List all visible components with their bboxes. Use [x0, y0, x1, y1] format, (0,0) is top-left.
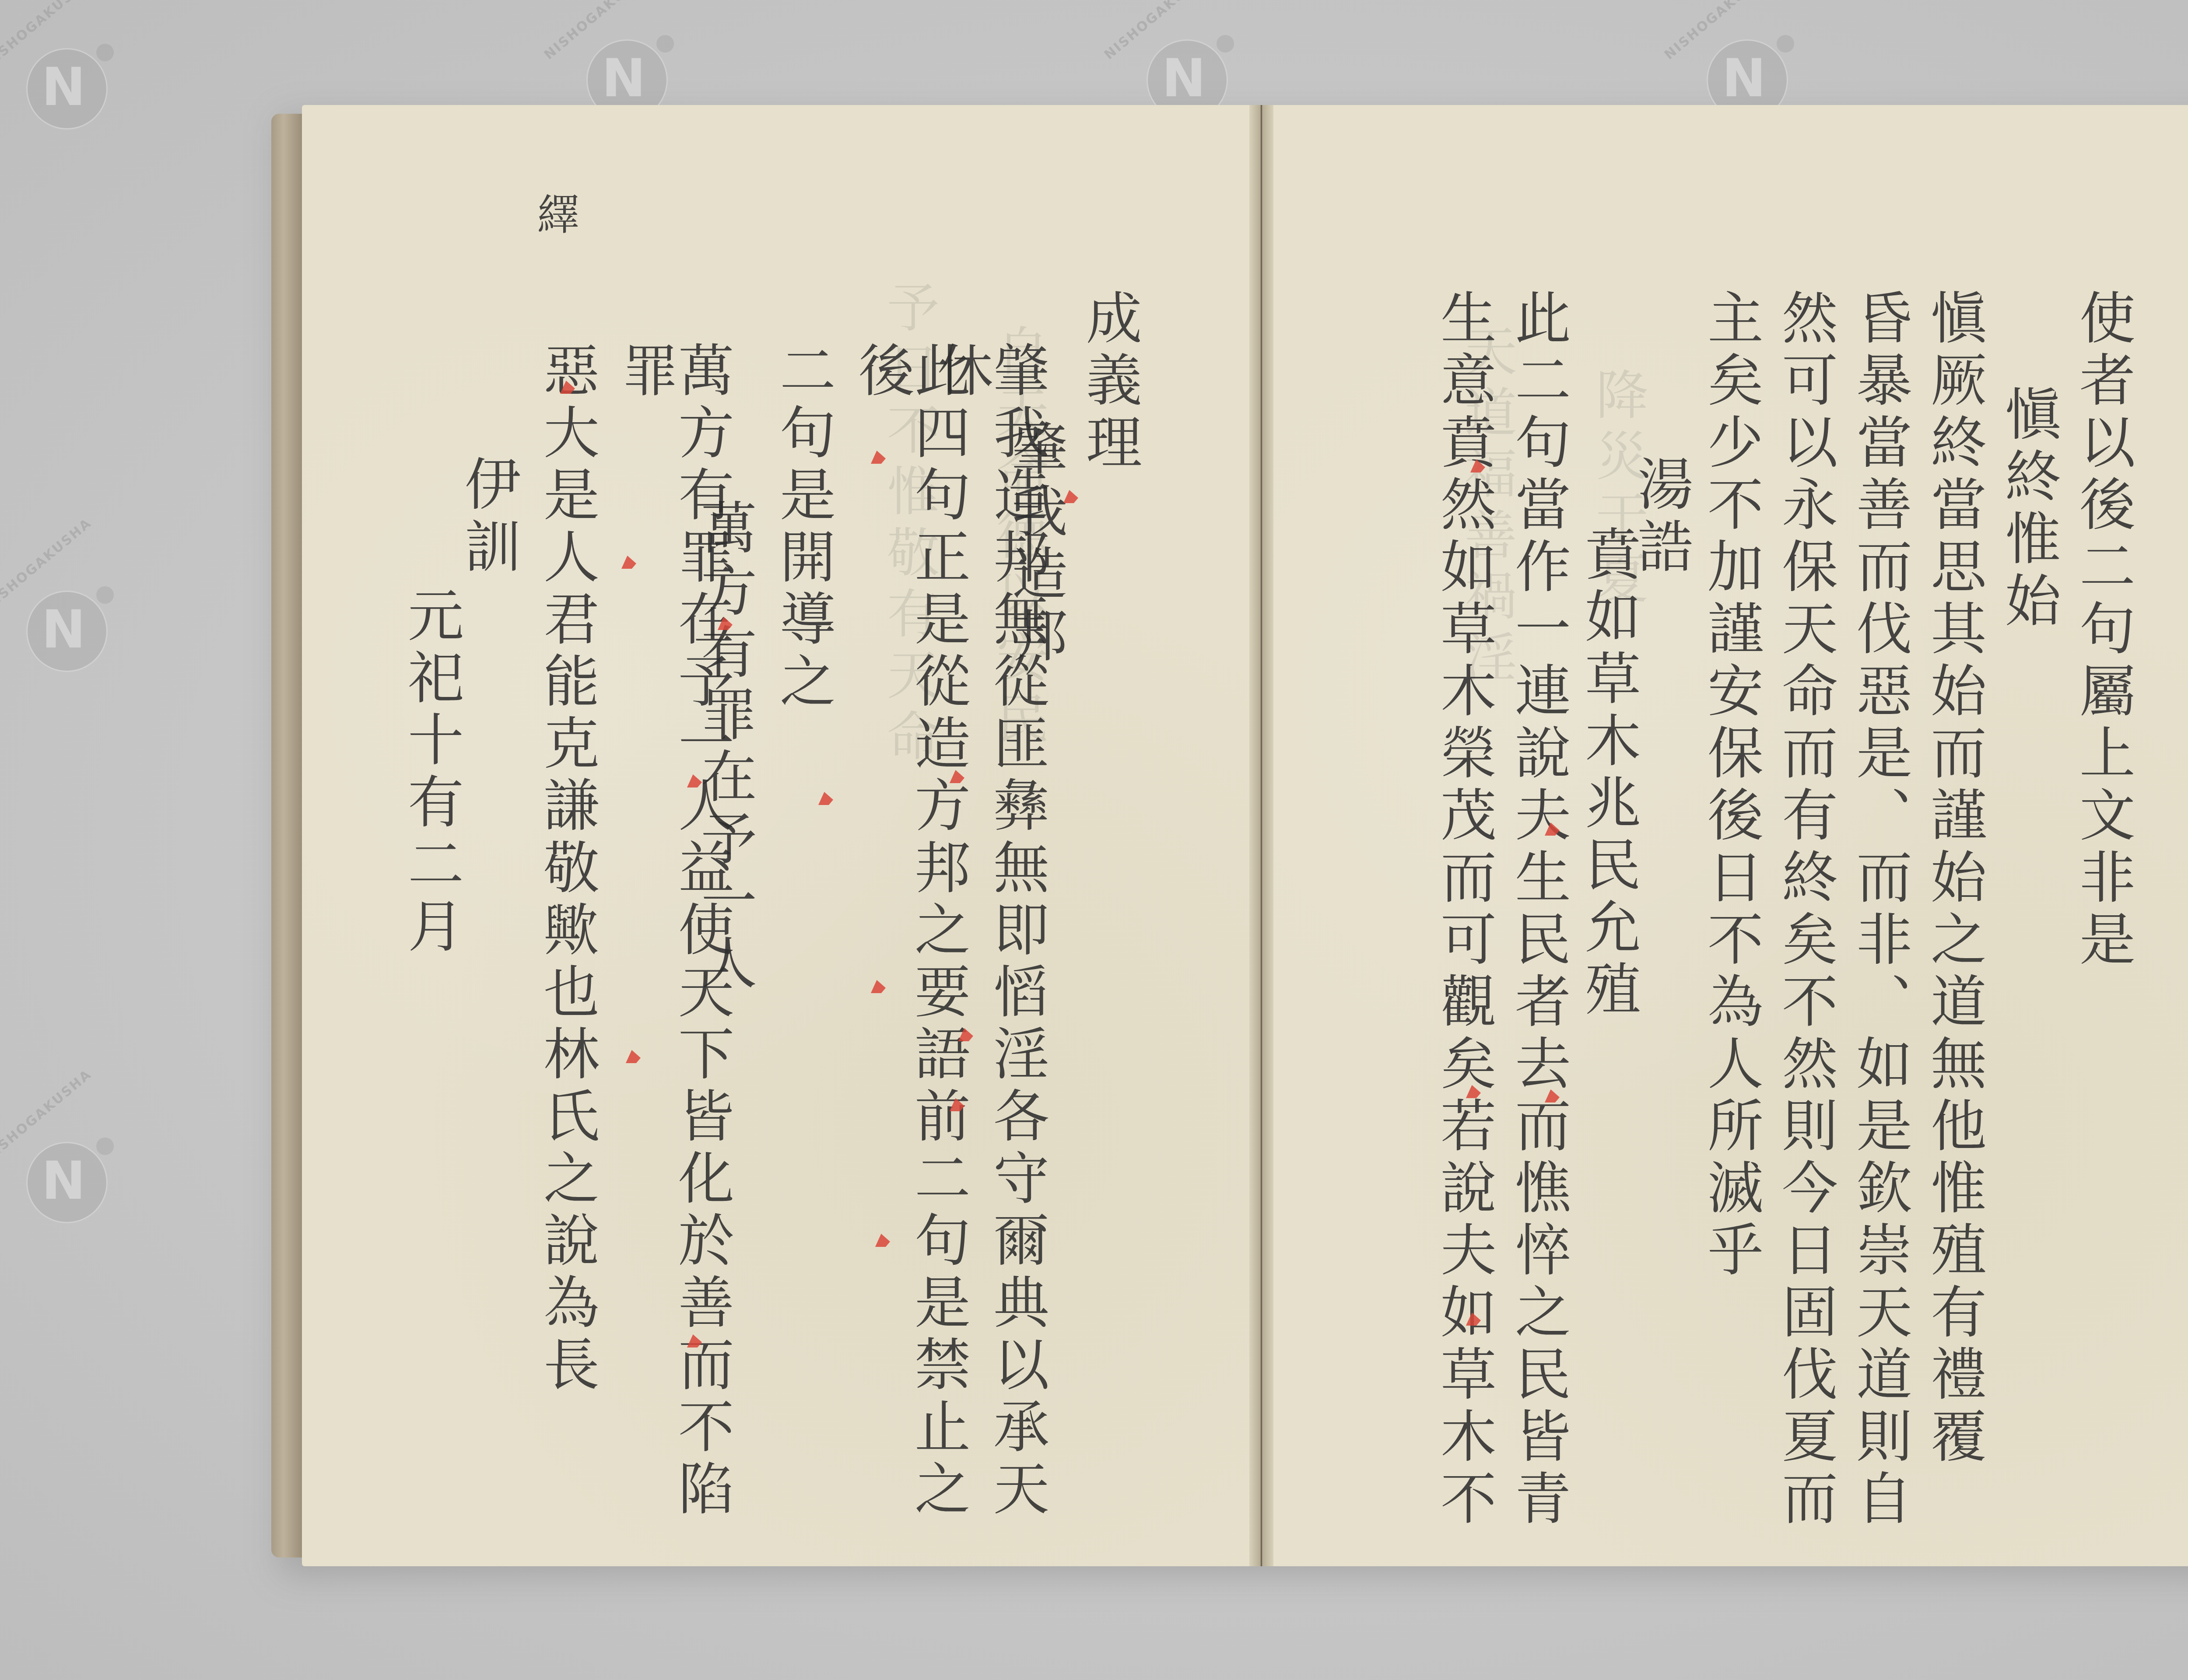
section-heading: 湯誥	[1632, 455, 1688, 579]
text-column: 惡大是人君能克謙敬歟也林氏之說為長	[538, 341, 594, 1397]
text-column: 然可以永保天命而有終矣不然則今日固伐夏而	[1777, 289, 1833, 1531]
text-column: 萬方有罪在予一人益使天下皆化於善而不陷罪	[617, 341, 729, 1566]
right-page: 天道福善禍淫 降災于夏 使者以後二句屬上文非是 愼終惟始 愼厥終當思其始而謹始之…	[1273, 105, 2188, 1566]
text-column: 此二句當作一連說夫生民者去而憔悴之民皆青	[1510, 289, 1566, 1531]
text-column: 昏暴當善而伐惡是、而非、如是欽崇天道則自	[1851, 289, 1907, 1531]
text-column: 此四句正是從造方邦之要語前二句是禁止之後	[853, 341, 965, 1566]
text-column: 二句是開導之	[775, 341, 831, 714]
text-column: 使者以後二句屬上文非是	[2074, 289, 2130, 972]
section-heading: 伊訓	[459, 455, 515, 579]
left-page: 予日不惟敬有天命 自天命德以安民 成義理 肇我造邦 肇我造邦無從匪彝無即慆淫各守…	[302, 105, 1249, 1566]
book-gutter	[1249, 105, 1273, 1566]
text-column: 生意賁然如草木榮茂而可觀矣若說夫如草木不	[1435, 289, 1491, 1531]
margin-note: 繹	[534, 192, 576, 239]
text-column: 愼厥終當思其始而謹始之道無他惟殖有禮覆	[1925, 289, 1981, 1469]
text-column: 愼終惟始	[2000, 385, 2056, 633]
text-column: 主矣少不加謹安保後日不為人所滅乎	[1702, 289, 1758, 1283]
text-column: 成義理	[1081, 289, 1137, 475]
kunten-mark	[818, 792, 833, 805]
date-line: 元祀十有二月	[403, 586, 459, 959]
page-stack-left-edge	[271, 114, 302, 1557]
text-column: 賁如草木兆民允殖	[1580, 525, 1636, 1022]
open-book: 予日不惟敬有天命 自天命德以安民 成義理 肇我造邦 肇我造邦無從匪彝無即慆淫各守…	[271, 105, 2188, 1566]
